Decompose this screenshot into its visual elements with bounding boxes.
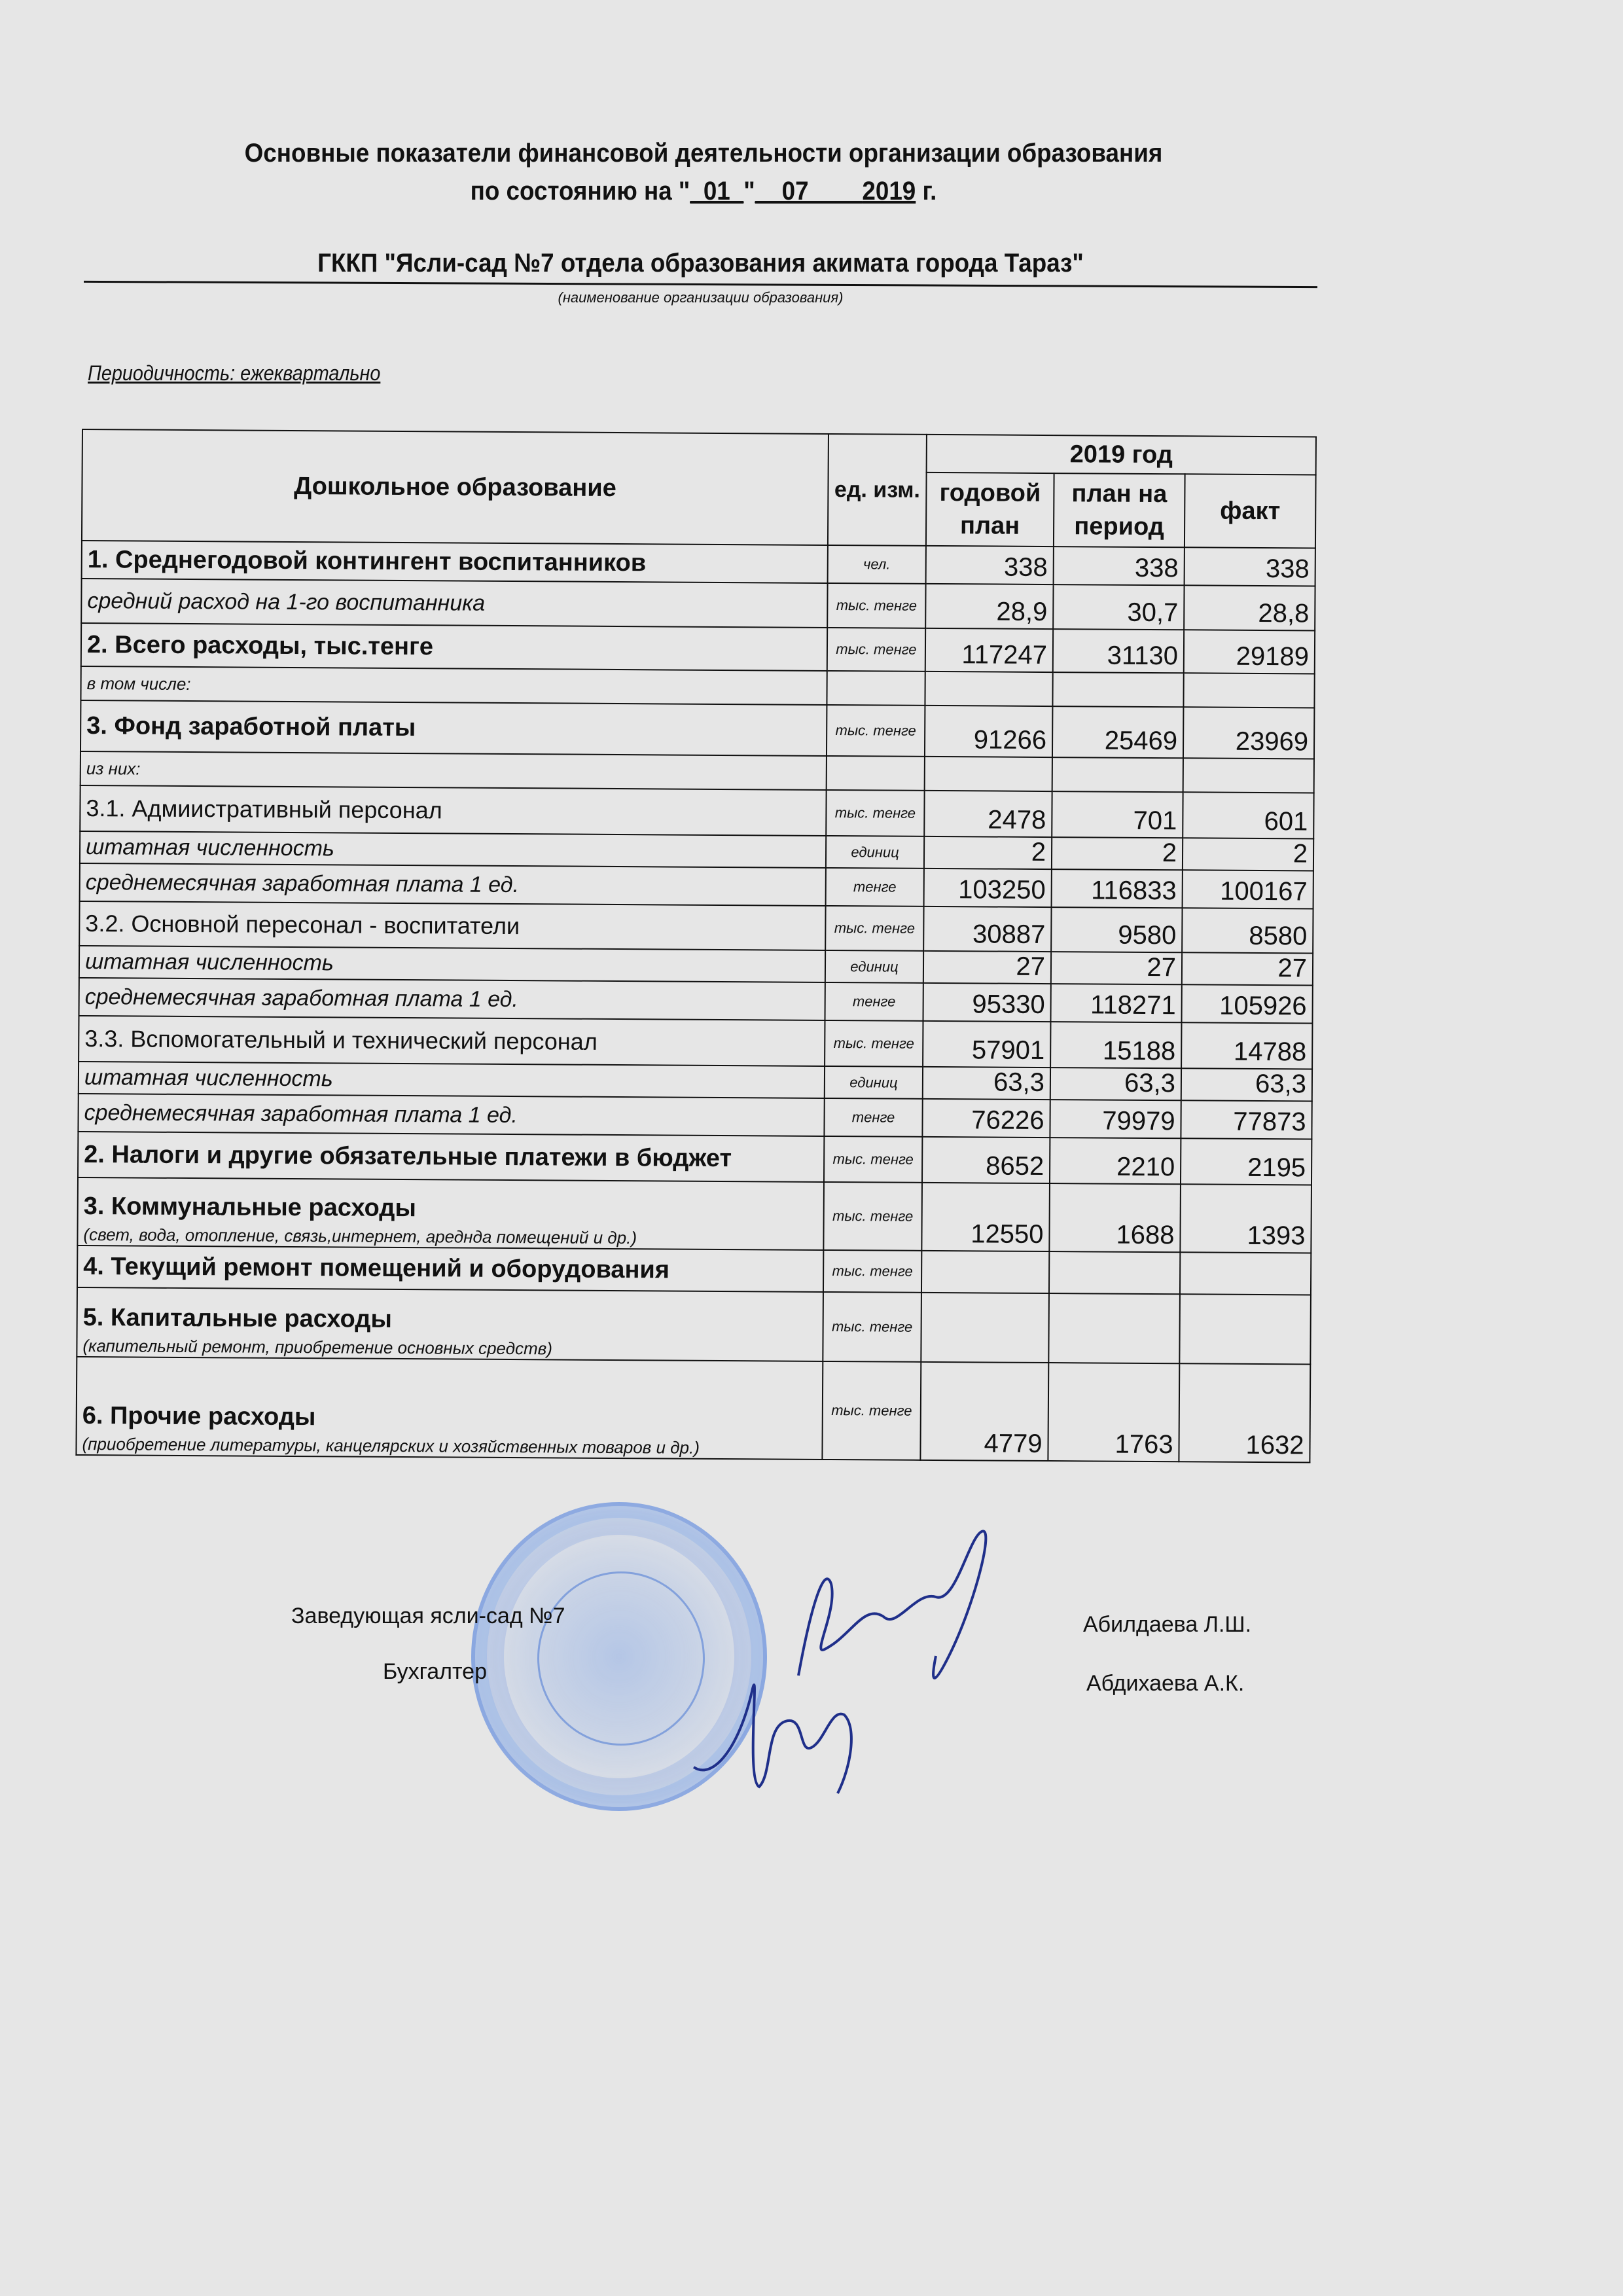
row-unit: тыс. тенге [827,583,925,628]
cell-period-plan: 79979 [1050,1100,1181,1138]
row-label: 3. Коммунальные расходы [84,1193,416,1222]
cell-actual: 63,3 [1181,1068,1312,1101]
title-line-2: по состоянию на "_01_"__07____2019 г. [237,172,1170,210]
cell-annual-plan: 27 [923,951,1051,984]
date-separator: " [743,177,755,206]
row-name: 3.1. Адмиистративный персонал [80,785,826,836]
cell-annual-plan [925,757,1052,791]
row-name: штатная численность [80,831,826,868]
cell-period-plan: 2 [1052,837,1183,870]
row-label: 6. Прочие расходы [82,1402,316,1431]
cell-actual: 29189 [1184,630,1315,673]
date-day: _01_ [690,177,743,206]
cell-period-plan: 116833 [1052,869,1183,908]
cell-actual: 1632 [1179,1363,1310,1462]
organization-underline [84,281,1317,288]
cell-actual [1183,673,1314,708]
row-label: штатная численность [85,949,334,975]
cell-period-plan [1052,672,1183,707]
cell-actual: 2 [1183,838,1313,870]
row-label: из них: [86,759,141,779]
header-period-plan: план на период [1054,473,1185,547]
cell-period-plan: 31130 [1053,629,1184,673]
cell-annual-plan: 76226 [922,1099,1050,1138]
table-row: 3.1. Адмиистративный персоналтыс. тенге2… [80,785,1313,839]
cell-period-plan: 63,3 [1050,1067,1181,1100]
financial-indicators-table: Дошкольное образование ед. изм. 2019 год… [75,429,1317,1463]
cell-annual-plan: 57901 [923,1021,1050,1067]
cell-annual-plan [925,672,1052,706]
cell-actual: 2195 [1181,1138,1311,1185]
cell-annual-plan: 2478 [924,791,1052,837]
row-name: 2. Налоги и другие обязательные платежи … [78,1132,824,1182]
document-page: Основные показатели финансовой деятельно… [0,0,1623,2296]
table-body: 1. Среднегодовой контингент воспитаннико… [76,541,1315,1462]
row-name: 2. Всего расходы, тыс.тенге [81,623,827,671]
header-unit: ед. изм. [828,434,927,546]
row-unit: тыс. тенге [823,1182,922,1251]
cell-period-plan: 27 [1051,952,1182,984]
cell-period-plan: 9580 [1051,907,1182,952]
row-name: 3.2. Основной пересонал - воспитатели [79,901,825,950]
row-unit [827,756,925,791]
row-label: 1. Среднегодовой контингент воспитаннико… [88,546,647,577]
row-unit: тыс. тенге [826,790,924,836]
cell-period-plan: 25469 [1052,706,1183,758]
row-sublabel: (приобретение литературы, канцелярских и… [82,1434,816,1459]
date-month: __07____ [755,177,863,206]
row-name: 4. Текущий ремонт помещений и оборудован… [77,1246,823,1292]
row-unit: тенге [825,982,923,1021]
row-unit: единиц [826,836,924,869]
seal-emblem-icon [537,1571,705,1746]
row-name: из них: [80,751,827,790]
row-label: средний расход на 1-го воспитанника [87,588,485,616]
cell-actual: 100167 [1183,870,1313,908]
cell-actual: 601 [1183,792,1313,838]
organization-name: ГККП "Ясли-сад №7 отдела образования аки… [133,249,1268,278]
cell-annual-plan [921,1293,1049,1363]
table-row: 6. Прочие расходы(приобретение литератур… [76,1357,1310,1463]
row-label: штатная численность [84,1065,333,1091]
row-name: штатная численность [79,946,825,982]
cell-period-plan [1052,757,1183,792]
cell-annual-plan [921,1251,1049,1293]
row-label: 3.2. Основной пересонал - воспитатели [85,910,520,939]
cell-annual-plan: 338 [926,546,1054,584]
row-label: 5. Капитальные расходы [83,1304,392,1333]
table-row: средний расход на 1-го воспитанникатыс. … [81,579,1315,631]
cell-actual: 23969 [1183,707,1314,759]
cell-annual-plan: 8652 [922,1137,1050,1183]
row-unit: тыс. тенге [825,906,923,951]
title-line-1: Основные показатели финансовой деятельно… [237,134,1170,172]
row-label: 3.3. Вспомогательный и технический персо… [84,1025,597,1055]
row-unit: тыс. тенге [827,628,925,672]
cell-period-plan: 30,7 [1053,584,1184,630]
table-row: 3. Фонд заработной платытыс. тенге912662… [80,700,1314,759]
date-year: 2019 [862,177,916,206]
table-row: 5. Капитальные расходы(капительный ремон… [77,1287,1311,1365]
table-row: 3.2. Основной пересонал - воспитателитыс… [79,901,1313,954]
row-name: 3.3. Вспомогательный и технический персо… [79,1016,825,1066]
cell-actual: 8580 [1182,908,1313,953]
cell-period-plan: 701 [1052,791,1183,838]
row-unit: единиц [825,950,923,983]
row-label: 4. Текущий ремонт помещений и оборудован… [83,1253,669,1283]
row-name: средний расход на 1-го воспитанника [81,579,827,628]
row-unit: тыс. тенге [827,705,925,757]
row-name: в том числе: [80,666,827,705]
cell-actual: 1393 [1180,1184,1311,1253]
row-unit: тыс. тенге [824,1136,922,1183]
cell-period-plan [1048,1293,1180,1363]
table-row: 3.3. Вспомогательный и технический персо… [79,1016,1312,1069]
row-label: в том числе: [87,673,191,694]
head-name: Абилдаева Л.Ш. [1083,1612,1251,1638]
row-label: 2. Налоги и другие обязательные платежи … [84,1141,732,1172]
row-unit: тыс. тенге [823,1292,921,1362]
row-unit: единиц [825,1066,923,1099]
table-row: 3. Коммунальные расходы(свет, вода, отоп… [77,1177,1311,1253]
row-label: среднемесячная заработная плата 1 ед. [86,870,519,897]
date-suffix: г. [916,177,936,206]
row-unit: тенге [824,1098,922,1137]
row-unit: тыс. тенге [825,1020,923,1067]
cell-annual-plan: 4779 [920,1362,1048,1461]
row-name: среднемесячная заработная плата 1 ед. [78,1094,824,1136]
row-unit: тыс. тенге [823,1250,921,1293]
row-label: 2. Всего расходы, тыс.тенге [87,631,433,660]
head-role-label: Заведующая ясли-сад №7 [291,1604,565,1629]
row-label: 3. Фонд заработной платы [86,712,416,742]
cell-actual [1179,1294,1311,1364]
row-name: штатная численность [79,1062,825,1098]
cell-actual [1183,758,1314,793]
accountant-name: Абдихаева А.К. [1086,1671,1244,1696]
cell-actual: 27 [1182,952,1313,985]
document-title: Основные показатели финансовой деятельно… [237,134,1170,210]
table-row: 2. Налоги и другие обязательные платежи … [78,1132,1311,1185]
header-category: Дошкольное образование [82,429,829,545]
row-name: 1. Среднегодовой контингент воспитаннико… [82,541,828,583]
header-year: 2019 год [927,435,1316,475]
accountant-role-label: Бухгалтер [383,1659,487,1685]
cell-period-plan [1049,1251,1180,1294]
row-name: среднемесячная заработная плата 1 ед. [80,863,826,906]
cell-annual-plan: 95330 [923,983,1050,1022]
row-name: 3. Коммунальные расходы(свет, вода, отоп… [77,1177,824,1250]
cell-actual: 338 [1185,547,1315,586]
cell-period-plan: 1688 [1049,1183,1181,1252]
header-actual: факт [1185,474,1316,548]
cell-period-plan: 15188 [1050,1022,1181,1068]
cell-period-plan: 2210 [1050,1138,1181,1184]
cell-annual-plan: 63,3 [923,1067,1050,1100]
row-label: 3.1. Адмиистративный персонал [86,795,442,823]
organization-caption: (наименование организации образования) [84,289,1317,306]
row-name: 6. Прочие расходы(приобретение литератур… [76,1357,823,1460]
cell-period-plan: 1763 [1048,1363,1179,1462]
cell-actual: 14788 [1181,1022,1312,1069]
cell-annual-plan: 30887 [923,906,1051,952]
row-unit: чел. [828,545,926,584]
row-label: среднемесячная заработная плата 1 ед. [85,984,518,1012]
accountant-signature-icon [687,1649,883,1800]
periodicity: Периодичность: ежеквартально [88,361,380,386]
row-name: 5. Капитальные расходы(капительный ремон… [77,1287,823,1361]
cell-actual: 28,8 [1184,585,1315,630]
cell-period-plan: 118271 [1050,984,1181,1022]
cell-annual-plan: 91266 [925,706,1052,757]
row-unit: тыс. тенге [822,1361,921,1460]
table-row: 4. Текущий ремонт помещений и оборудован… [77,1246,1311,1295]
row-label: среднемесячная заработная плата 1 ед. [84,1100,518,1128]
row-name: 3. Фонд заработной платы [80,700,827,756]
cell-actual: 77873 [1181,1100,1311,1139]
row-unit [827,671,925,706]
cell-actual [1180,1252,1311,1295]
cell-actual: 105926 [1181,984,1312,1023]
table-row: 2. Всего расходы, тыс.тенгетыс. тенге117… [81,623,1315,674]
row-unit: тенге [826,868,924,906]
title-date-prefix: по состоянию на " [471,177,690,206]
cell-annual-plan: 28,9 [925,584,1053,629]
cell-annual-plan: 103250 [924,869,1052,907]
cell-annual-plan: 12550 [921,1183,1050,1251]
cell-period-plan: 338 [1054,547,1185,585]
row-label: штатная численность [86,834,334,861]
cell-annual-plan: 117247 [925,628,1053,672]
header-annual-plan: годовой план [926,473,1054,547]
row-name: среднемесячная заработная плата 1 ед. [79,978,825,1020]
cell-annual-plan: 2 [924,836,1052,869]
